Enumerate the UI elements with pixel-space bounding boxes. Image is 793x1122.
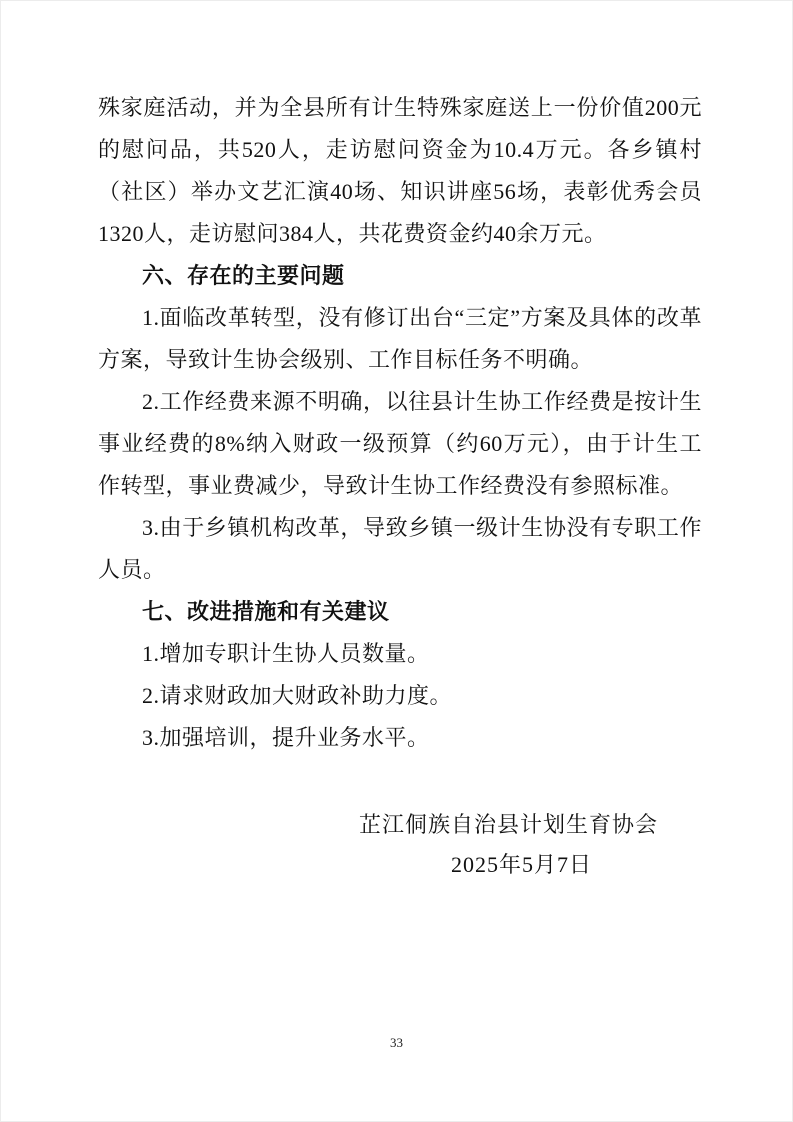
section-six-item-1: 1.面临改革转型，没有修订出台“三定”方案及具体的改革方案，导致计生协会级别、工… [98,297,702,381]
paragraph-continuation: 殊家庭活动，并为全县所有计生特殊家庭送上一份价值200元的慰问品，共520人，走… [98,87,702,255]
section-seven-heading: 七、改进措施和有关建议 [98,591,702,633]
section-six-item-3: 3.由于乡镇机构改革，导致乡镇一级计生协没有专职工作人员。 [98,507,702,591]
section-six-heading: 六、存在的主要问题 [98,255,702,297]
page-number: 33 [1,1035,792,1051]
section-six-item-2: 2.工作经费来源不明确，以往县计生协工作经费是按计生事业经费的8%纳入财政一级预… [98,381,702,507]
signature-block: 芷江侗族自治县计划生育协会 2025年5月7日 [1,805,792,885]
section-seven-item-1: 1.增加专职计生协人员数量。 [98,633,702,675]
signature-date: 2025年5月7日 [1,845,792,885]
section-seven-item-2: 2.请求财政加大财政补助力度。 [98,675,702,717]
section-seven-item-3: 3.加强培训，提升业务水平。 [98,717,702,759]
document-body: 殊家庭活动，并为全县所有计生特殊家庭送上一份价值200元的慰问品，共520人，走… [98,87,702,759]
signature-organization: 芷江侗族自治县计划生育协会 [1,805,792,845]
document-page: 殊家庭活动，并为全县所有计生特殊家庭送上一份价值200元的慰问品，共520人，走… [0,0,793,1122]
